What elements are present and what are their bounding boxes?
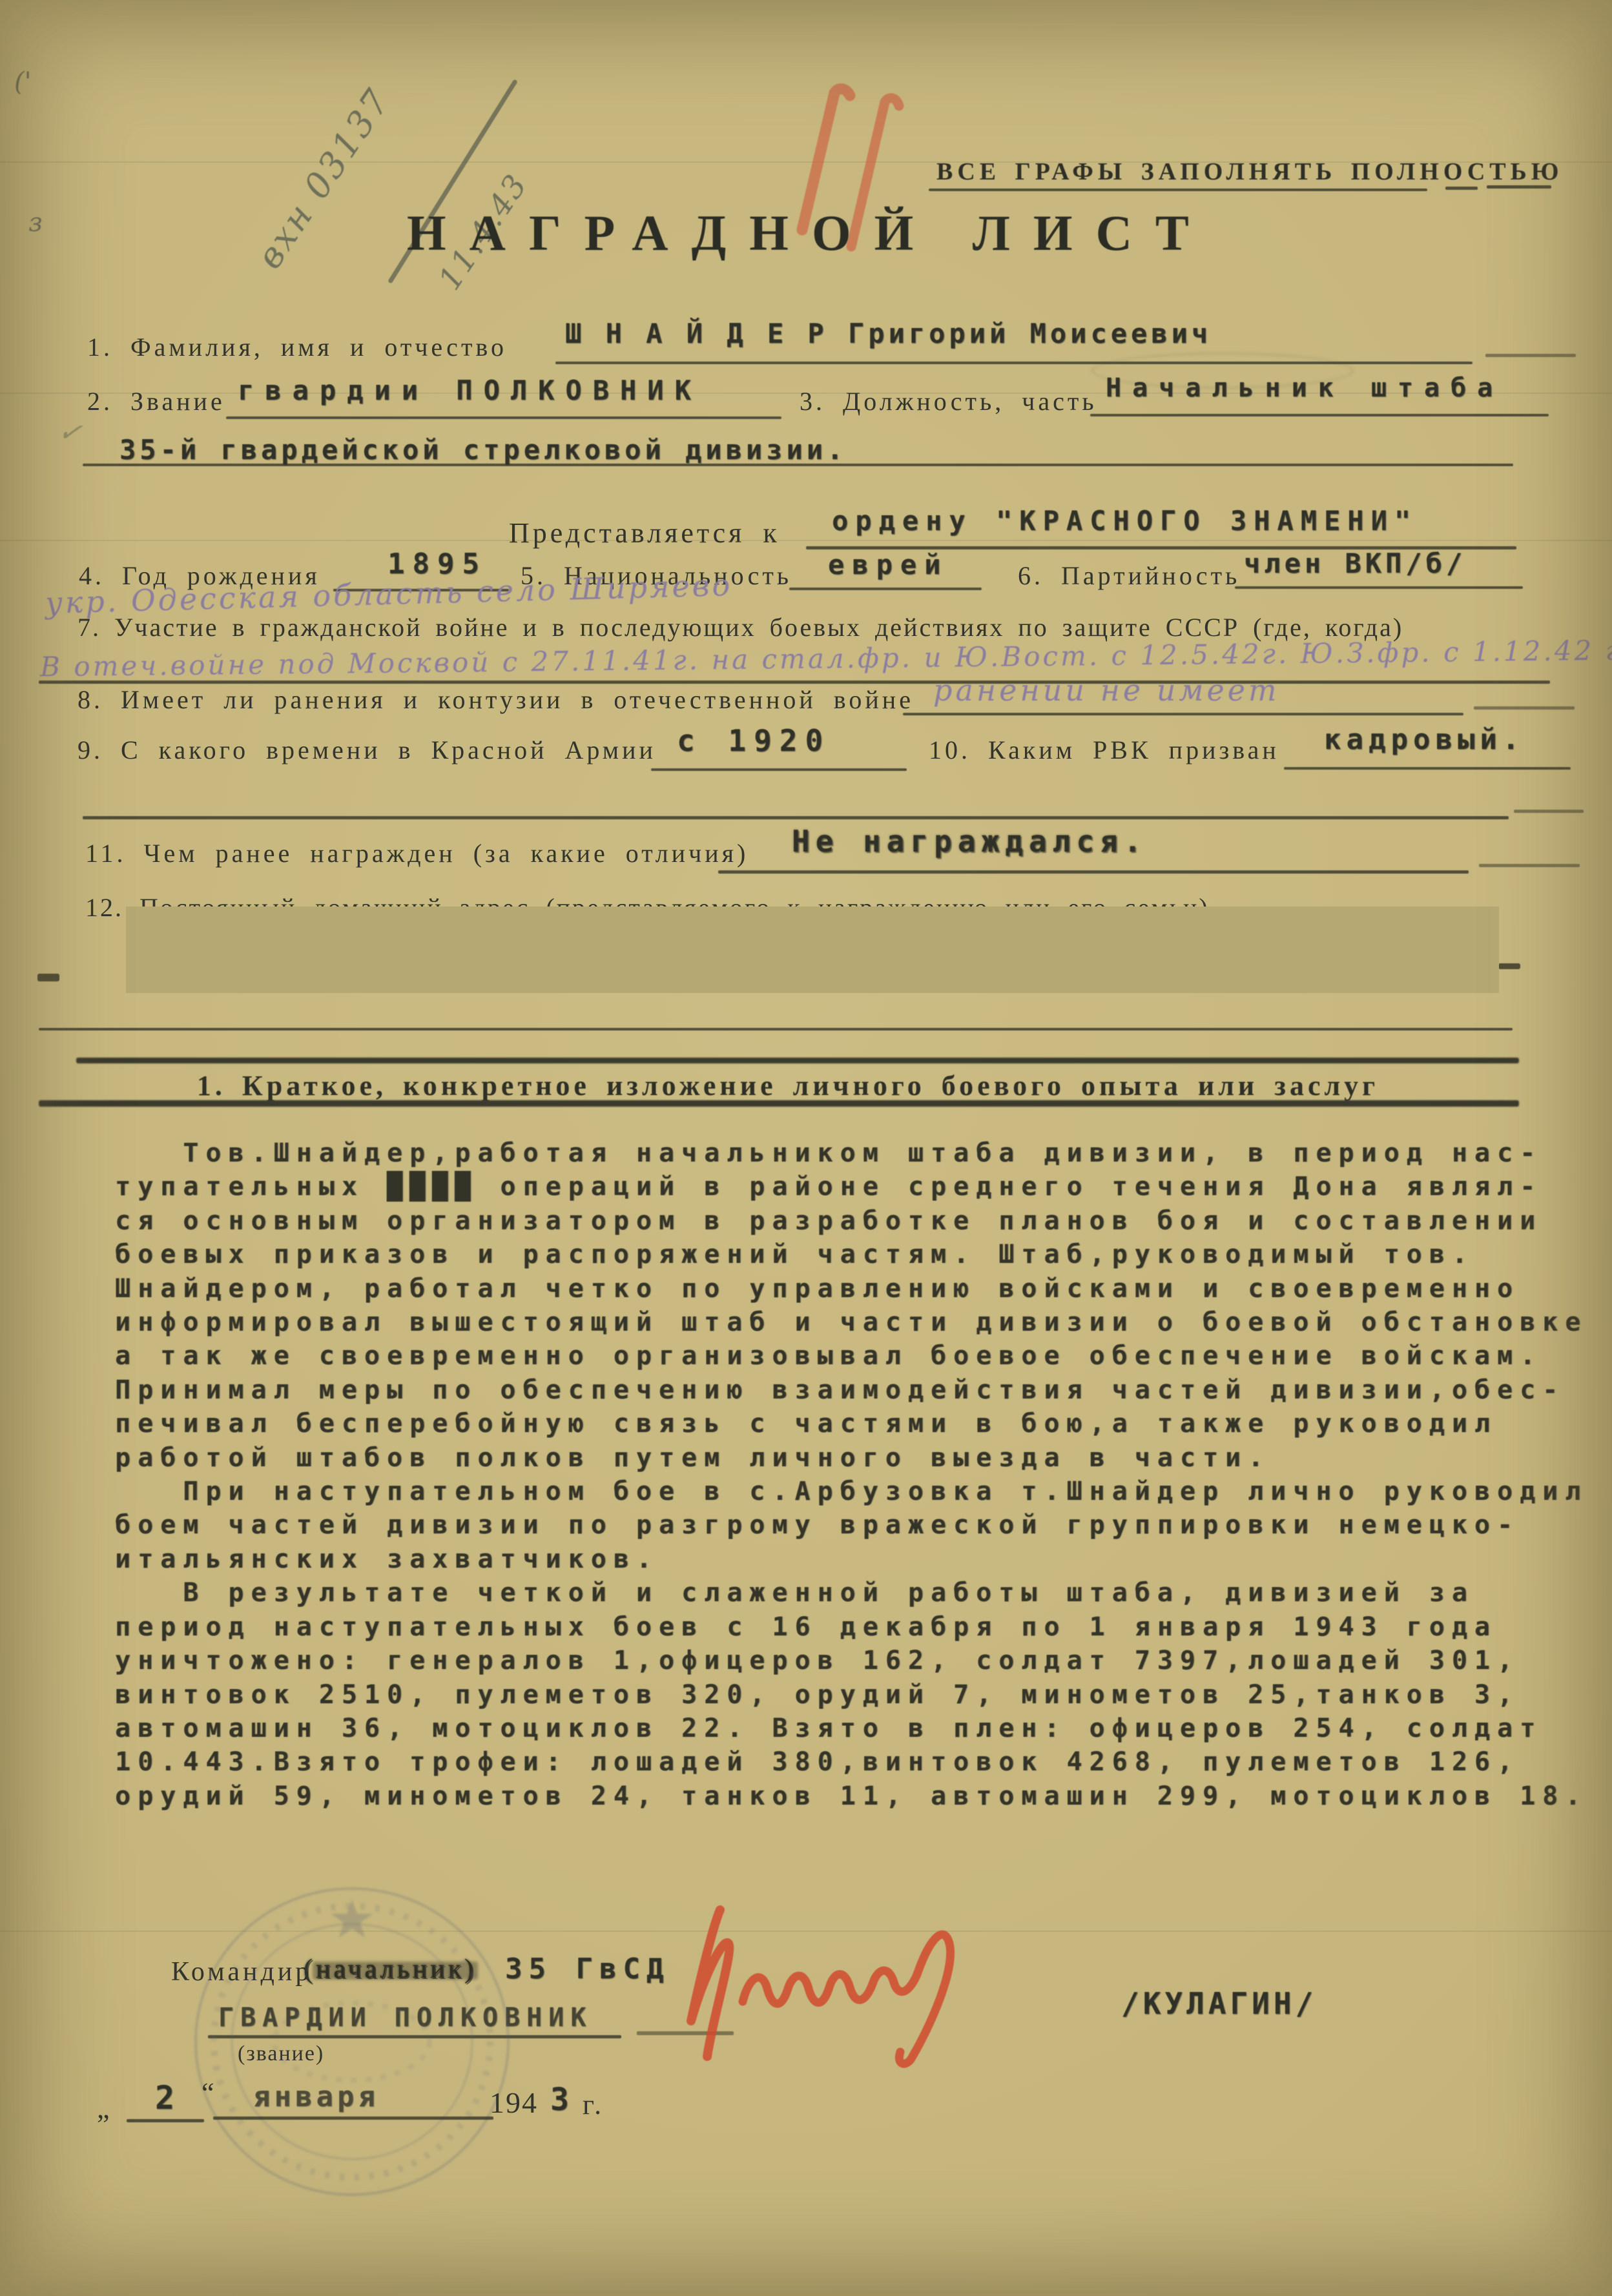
slogan-dash <box>1445 187 1478 190</box>
pencil-registry-number: вхн 03137 <box>249 81 399 276</box>
citation-line: боевых приказов и распоряжений частям. Ш… <box>115 1238 1600 1271</box>
ruled-line <box>127 2119 204 2122</box>
field-position-label: 3. Должность, часть <box>800 386 1097 416</box>
scan-line <box>0 540 1612 541</box>
form-slogan: ВСЕ ГРАФЫ ЗАПОЛНЯТЬ ПОЛНОСТЬЮ <box>936 158 1564 186</box>
ink-speck <box>1498 963 1520 969</box>
ruled-line <box>903 713 1463 715</box>
ruled-line <box>213 2117 493 2120</box>
round-stamp <box>191 1880 513 2203</box>
margin-check-mark: ✓ <box>56 414 85 451</box>
ruled-line <box>1284 767 1571 770</box>
field-prior-awards-value: Не награждался. <box>792 824 1147 859</box>
citation-line: В результате четкой и слаженной работы ш… <box>115 1576 1600 1610</box>
section-heading: 1. Краткое, конкретное изложение личного… <box>110 1069 1466 1102</box>
field-rank-label: 2. Звание <box>87 386 225 416</box>
ruled-line <box>83 464 1513 466</box>
field-wounds-label: 8. Имеет ли ранения и контузии в отечест… <box>77 684 914 715</box>
citation-line: итальянских захватчиков. <box>115 1543 1600 1576</box>
slogan-underline <box>929 189 1427 191</box>
citation-line: а так же своевременно организовывал боев… <box>115 1339 1600 1373</box>
citation-body: Тов.Шнайдер,работая начальником штаба ди… <box>115 1136 1600 1813</box>
date-day: 2 <box>155 2079 182 2117</box>
citation-line: автомашин 36, мотоциклов 22. Взято в пле… <box>115 1712 1600 1745</box>
field-rvk-value: кадровый. <box>1324 723 1524 756</box>
ink-speck <box>37 974 59 981</box>
field-army-since-value: с 1920 <box>677 723 831 758</box>
field-name-value: Ш Н А Й Д Е Р Григорий Моисеевич <box>565 318 1212 349</box>
citation-line: Шнайдером, работал четко по управлению в… <box>115 1272 1600 1306</box>
section-divider <box>76 1058 1519 1063</box>
citation-line: тупательных ████ операций в районе средн… <box>115 1170 1600 1204</box>
date-suffix: г. <box>583 2088 604 2121</box>
citation-line: ся основным организатором в разработке п… <box>115 1204 1600 1238</box>
signature-autograph <box>652 1898 1079 2079</box>
ruled-line <box>1479 864 1580 867</box>
citation-line: информировал вышестоящий штаб и части ди… <box>115 1306 1600 1339</box>
corner-mark: (' <box>14 67 32 97</box>
erased-pencil-oval <box>1091 353 1354 389</box>
margin-mark: з <box>28 208 43 238</box>
ruled-line <box>1474 706 1575 710</box>
field-party-value: член ВКП/б/ <box>1244 548 1466 579</box>
signer-surname-typed: /КУЛАГИН/ <box>1121 1986 1317 2021</box>
redacted-area <box>126 907 1499 993</box>
field-service-label: 7. Участие в гражданской войне и в после… <box>77 612 1403 642</box>
document-title: НАГРАДНОЙ ЛИСТ <box>407 204 1212 262</box>
date-year-digit: 3 <box>550 2082 577 2118</box>
date-open-quote: „ <box>97 2092 113 2125</box>
citation-line: работой штабов полков путем личного выез… <box>115 1441 1600 1475</box>
ruled-line <box>789 588 982 590</box>
ruled-line <box>39 1028 1513 1030</box>
date-year-printed: 194 <box>490 2086 538 2120</box>
presented-for-value: ордену "КРАСНОГО ЗНАМЕНИ" <box>832 505 1418 537</box>
citation-line: орудий 59, минометов 24, танков 11, авто… <box>115 1779 1600 1813</box>
ruled-line <box>1514 810 1584 813</box>
citation-line: печивал бесперебойную связь с частями в … <box>115 1407 1600 1440</box>
unit-designation: 35 ГвСД <box>505 1953 670 1985</box>
citation-line: При наступательном бое в с.Арбузовка т.Ш… <box>115 1475 1600 1508</box>
award-sheet-document: (' з вхн 03137 11.4.43 ВСЕ ГРАФЫ ЗАПОЛНЯ… <box>0 0 1612 2296</box>
field-rank-value: гвардии ПОЛКОВНИК <box>238 374 702 406</box>
ruled-line <box>718 870 1469 874</box>
field-party-label: 6. Партийность <box>1018 560 1240 591</box>
field-army-since-label: 9. С какого времени в Красной Армии <box>77 735 656 765</box>
ruled-line <box>39 681 1550 684</box>
field-position-value-line2: 35-й гвардейской стрелковой дивизии. <box>119 434 847 466</box>
ruled-line <box>1235 586 1523 589</box>
date-month: января <box>253 2080 379 2113</box>
slogan-dash <box>1487 185 1551 189</box>
citation-line: уничтожено: генералов 1,офицеров 162, со… <box>115 1644 1600 1677</box>
field-prior-awards-label: 11. Чем ранее награжден (за какие отличи… <box>85 838 749 868</box>
ruled-line <box>226 416 781 419</box>
citation-line: Принимал меры по обеспечению взаимодейст… <box>115 1373 1600 1407</box>
field-nationality-value: еврей <box>828 549 948 580</box>
citation-line: боем частей дивизии по разгрому вражеско… <box>115 1508 1600 1542</box>
ruled-line <box>1485 354 1576 357</box>
ruled-line <box>1090 414 1549 416</box>
field-wounds-value: ранении не имеет <box>933 673 1280 708</box>
presented-for-label: Представляется к <box>509 517 780 549</box>
ruled-line <box>83 816 1509 819</box>
date-close-quote: “ <box>201 2076 218 2109</box>
ruled-line <box>651 768 907 771</box>
citation-line: 10.443.Взято трофеи: лошадей 380,винтово… <box>115 1745 1600 1779</box>
citation-line: винтовок 2510, пулеметов 320, орудий 7, … <box>115 1678 1600 1712</box>
field-rvk-label: 10. Каким РВК призван <box>929 735 1279 765</box>
citation-line: Тов.Шнайдер,работая начальником штаба ди… <box>115 1136 1600 1170</box>
citation-line: период наступательных боев с 16 декабря … <box>115 1610 1600 1644</box>
section-divider <box>39 1100 1519 1107</box>
field-name-label: 1. Фамилия, имя и отчество <box>87 332 507 362</box>
